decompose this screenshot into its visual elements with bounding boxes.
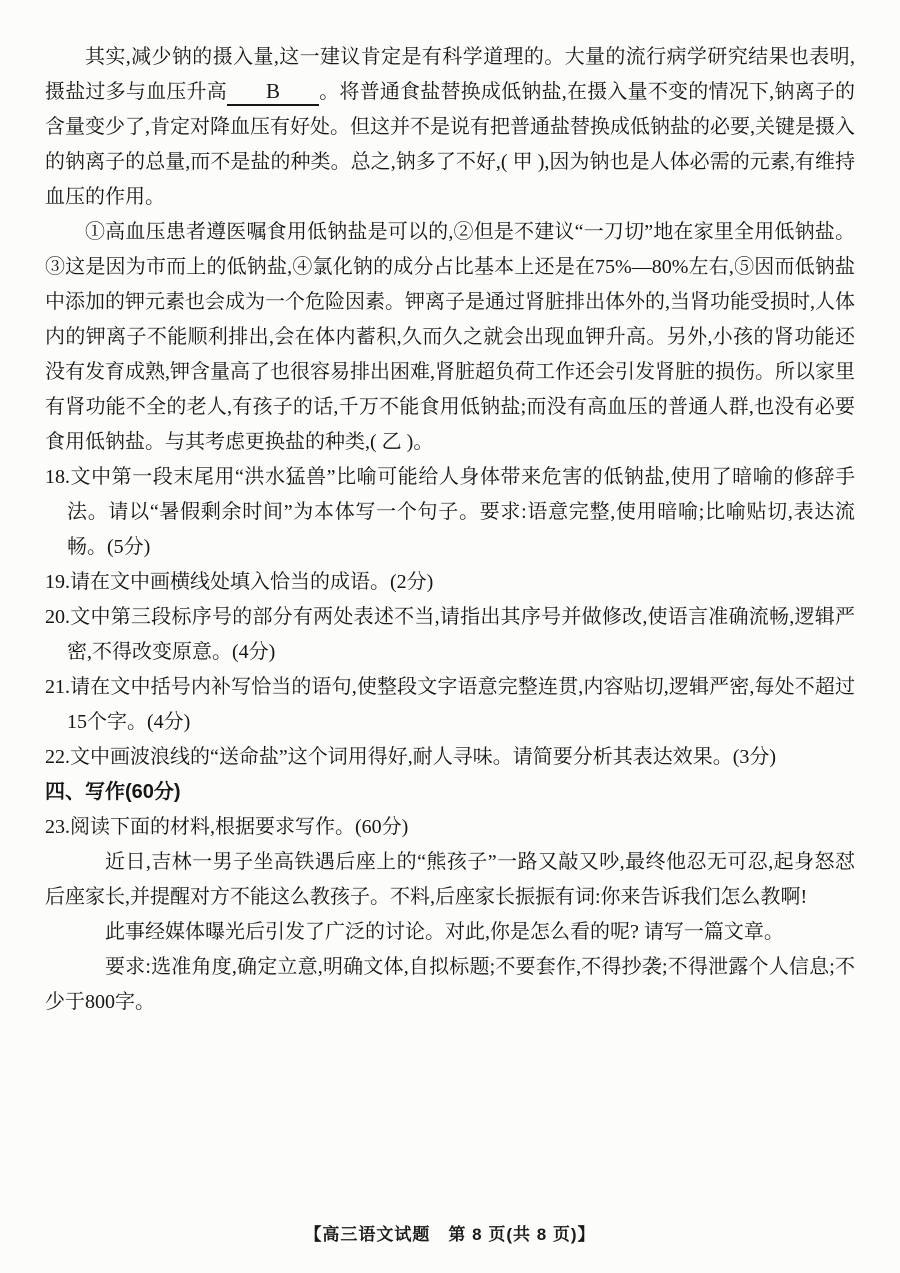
essay-material-paragraph-3: 要求:选准角度,确定立意,明确文体,自拟标题;不要套作,不得抄袭;不得泄露个人信… xyxy=(45,950,855,1020)
section-heading-writing: 四、写作(60分) xyxy=(45,775,855,810)
question-19: 19.请在文中画横线处填入恰当的成语。(2分) xyxy=(45,565,855,600)
question-18: 18.文中第一段末尾用“洪水猛兽”比喻可能给人身体带来危害的低钠盐,使用了暗喻的… xyxy=(45,460,855,565)
question-23: 23.阅读下面的材料,根据要求写作。(60分) xyxy=(45,810,855,845)
question-22: 22.文中画波浪线的“送命盐”这个词用得好,耐人寻味。请简要分析其表达效果。(3… xyxy=(45,740,855,775)
fill-in-blank-answer: B xyxy=(227,78,319,106)
page-footer: 【高三语文试题 第 8 页(共 8 页)】 xyxy=(0,1220,900,1245)
passage-paragraph-1: 其实,减少钠的摄入量,这一建议肯定是有科学道理的。大量的流行病学研究结果也表明,… xyxy=(45,40,855,215)
essay-material-paragraph-2: 此事经媒体曝光后引发了广泛的讨论。对此,你是怎么看的呢? 请写一篇文章。 xyxy=(45,915,855,950)
exam-page: 其实,减少钠的摄入量,这一建议肯定是有科学道理的。大量的流行病学研究结果也表明,… xyxy=(0,0,900,1273)
question-20: 20.文中第三段标序号的部分有两处表述不当,请指出其序号并做修改,使语言准确流畅… xyxy=(45,600,855,670)
question-21: 21.请在文中括号内补写恰当的语句,使整段文字语意完整连贯,内容贴切,逻辑严密,… xyxy=(45,670,855,740)
page-content: 其实,减少钠的摄入量,这一建议肯定是有科学道理的。大量的流行病学研究结果也表明,… xyxy=(0,0,900,1020)
passage-paragraph-2: ①高血压患者遵医嘱食用低钠盐是可以的,②但是不建议“一刀切”地在家里全用低钠盐。… xyxy=(45,215,855,460)
essay-material-paragraph-1: 近日,吉林一男子坐高铁遇后座上的“熊孩子”一路又敲又吵,最终他忍无可忍,起身怒怼… xyxy=(45,845,855,915)
